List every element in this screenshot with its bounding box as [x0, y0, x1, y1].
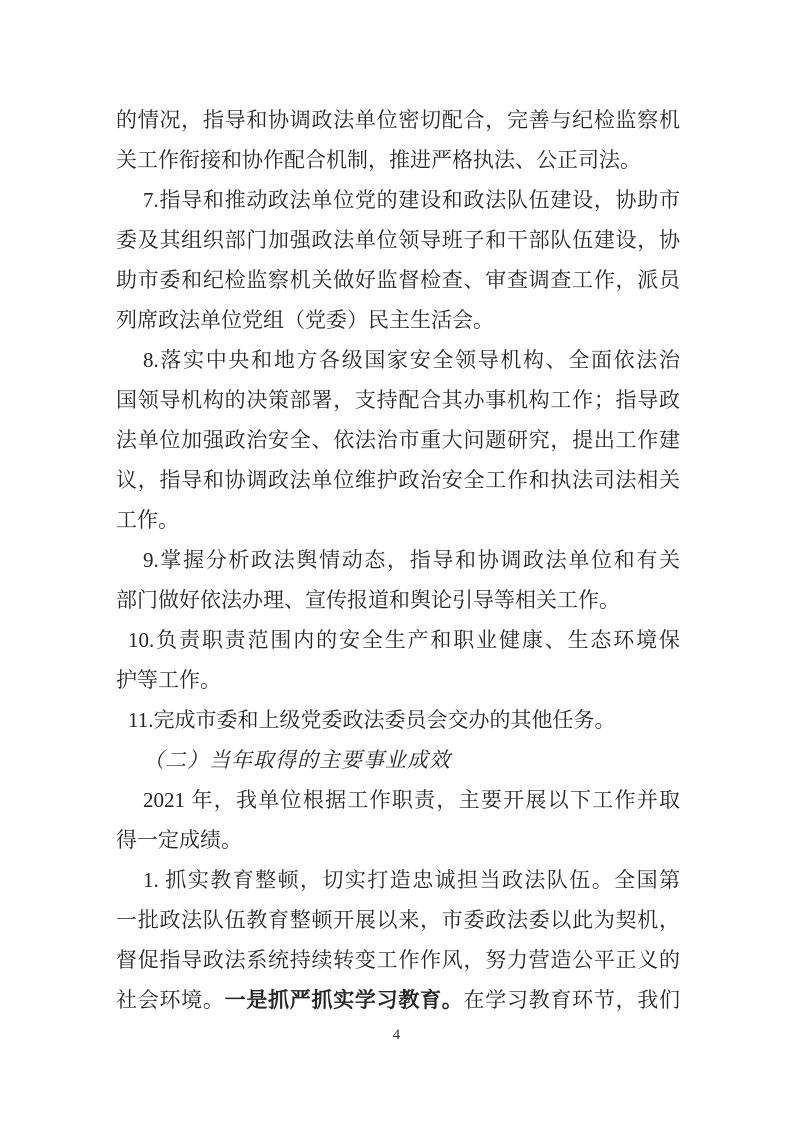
paragraph-8: 8.落实中央和地方各级国家安全领导机构、全面依法治国领导机构的决策部署，支持配合… — [116, 340, 680, 540]
text-run: 7.指导和推动政法单位党的建设和政法队伍建设，协助市 — [143, 188, 680, 212]
text-run: 关工作衔接和协作配合机制，推进严格执法、公正司法。 — [116, 148, 641, 172]
text-run: 9.掌握分析政法舆情动态，指导和协调政法单位和有关 — [143, 548, 680, 572]
text-line: 委及其组织部门加强政法单位领导班子和干部队伍建设，协 — [116, 220, 680, 260]
text-line: 社会环境。一是抓严抓实学习教育。在学习教育环节，我们 — [116, 980, 680, 1020]
text-line: 督促指导政法系统持续转变工作作风，努力营造公平正义的 — [116, 940, 680, 980]
text-line: 得一定成绩。 — [116, 820, 680, 860]
text-line: 11.完成市委和上级党委政法委员会交办的其他任务。 — [116, 700, 680, 740]
paragraph-2021-intro: 2021 年，我单位根据工作职责，主要开展以下工作并取得一定成绩。 — [116, 780, 680, 860]
text-line: 一批政法队伍教育整顿开展以来，市委政法委以此为契机， — [116, 900, 680, 940]
text-run: 社会环境。 — [116, 988, 225, 1012]
text-line: 国领导机构的决策部署，支持配合其办事机构工作；指导政 — [116, 380, 680, 420]
document-page: 的情况，指导和协调政法单位密切配合，完善与纪检监察机关工作衔接和协作配合机制，推… — [0, 0, 793, 1122]
text-run: 督促指导政法系统持续转变工作作风，努力营造公平正义的 — [116, 948, 680, 972]
text-line: 10.负责职责范围内的安全生产和职业健康、生态环境保 — [116, 620, 680, 660]
text-line: 工作。 — [116, 500, 680, 540]
paragraph-11: 11.完成市委和上级党委政法委员会交办的其他任务。 — [116, 700, 680, 740]
text-run: 助市委和纪检监察机关做好监督检查、审查调查工作，派员 — [116, 268, 680, 292]
paragraph-9: 9.掌握分析政法舆情动态，指导和协调政法单位和有关部门做好依法办理、宣传报道和舆… — [116, 540, 680, 620]
text-run: 列席政法单位党组（党委）民主生活会。 — [116, 308, 494, 332]
text-line: 法单位加强政治安全、依法治市重大问题研究，提出工作建 — [116, 420, 680, 460]
text-run: 11.完成市委和上级党委政法委员会交办的其他任务。 — [128, 708, 615, 732]
text-run: 8.落实中央和地方各级国家安全领导机构、全面依法治 — [143, 348, 680, 372]
section-heading-2: （二）当年取得的主要事业成效 — [116, 740, 680, 780]
text-run: 一批政法队伍教育整顿开展以来，市委政法委以此为契机， — [116, 908, 680, 932]
text-line: 的情况，指导和协调政法单位密切配合，完善与纪检监察机 — [116, 100, 680, 140]
page-footer: 4 — [0, 1026, 793, 1044]
text-run: 得一定成绩。 — [116, 828, 242, 852]
text-run: 工作。 — [116, 508, 179, 532]
text-line: 8.落实中央和地方各级国家安全领导机构、全面依法治 — [116, 340, 680, 380]
text-line: 护等工作。 — [116, 660, 680, 700]
paragraph-10: 10.负责职责范围内的安全生产和职业健康、生态环境保护等工作。 — [116, 620, 680, 700]
text-line: 关工作衔接和协作配合机制，推进严格执法、公正司法。 — [116, 140, 680, 180]
text-run: 法单位加强政治安全、依法治市重大问题研究，提出工作建 — [116, 428, 680, 452]
text-run: 护等工作。 — [116, 668, 221, 692]
text-line: 2021 年，我单位根据工作职责，主要开展以下工作并取 — [116, 780, 680, 820]
text-run: 在学习教育环节，我们 — [464, 988, 680, 1012]
text-line: 1. 抓实教育整顿，切实打造忠诚担当政法队伍。全国第 — [116, 860, 680, 900]
text-line: 议，指导和协调政法单位维护政治安全工作和执法司法相关 — [116, 460, 680, 500]
bold-text-run: 一是抓严抓实学习教育。 — [225, 988, 464, 1012]
page-number: 4 — [393, 1027, 401, 1044]
text-run: 部门做好依法办理、宣传报道和舆论引导等相关工作。 — [116, 588, 620, 612]
text-run: 议，指导和协调政法单位维护政治安全工作和执法司法相关 — [116, 468, 680, 492]
text-run: 1. 抓实教育整顿，切实打造忠诚担当政法队伍。全国第 — [143, 868, 680, 892]
text-line: （二）当年取得的主要事业成效 — [116, 740, 680, 780]
document-body: 的情况，指导和协调政法单位密切配合，完善与纪检监察机关工作衔接和协作配合机制，推… — [116, 100, 680, 1020]
text-line: 部门做好依法办理、宣传报道和舆论引导等相关工作。 — [116, 580, 680, 620]
text-run: （二）当年取得的主要事业成效 — [143, 748, 451, 772]
paragraph-achievement-1: 1. 抓实教育整顿，切实打造忠诚担当政法队伍。全国第一批政法队伍教育整顿开展以来… — [116, 860, 680, 1020]
text-run: 国领导机构的决策部署，支持配合其办事机构工作；指导政 — [116, 388, 680, 412]
paragraph-6-continuation: 的情况，指导和协调政法单位密切配合，完善与纪检监察机关工作衔接和协作配合机制，推… — [116, 100, 680, 180]
text-line: 助市委和纪检监察机关做好监督检查、审查调查工作，派员 — [116, 260, 680, 300]
text-line: 9.掌握分析政法舆情动态，指导和协调政法单位和有关 — [116, 540, 680, 580]
text-run: 2021 年，我单位根据工作职责，主要开展以下工作并取 — [143, 788, 680, 812]
text-run: 10.负责职责范围内的安全生产和职业健康、生态环境保 — [128, 628, 680, 652]
paragraph-7: 7.指导和推动政法单位党的建设和政法队伍建设，协助市委及其组织部门加强政法单位领… — [116, 180, 680, 340]
text-line: 列席政法单位党组（党委）民主生活会。 — [116, 300, 680, 340]
text-line: 7.指导和推动政法单位党的建设和政法队伍建设，协助市 — [116, 180, 680, 220]
text-run: 的情况，指导和协调政法单位密切配合，完善与纪检监察机 — [116, 108, 680, 132]
text-run: 委及其组织部门加强政法单位领导班子和干部队伍建设，协 — [116, 228, 680, 252]
